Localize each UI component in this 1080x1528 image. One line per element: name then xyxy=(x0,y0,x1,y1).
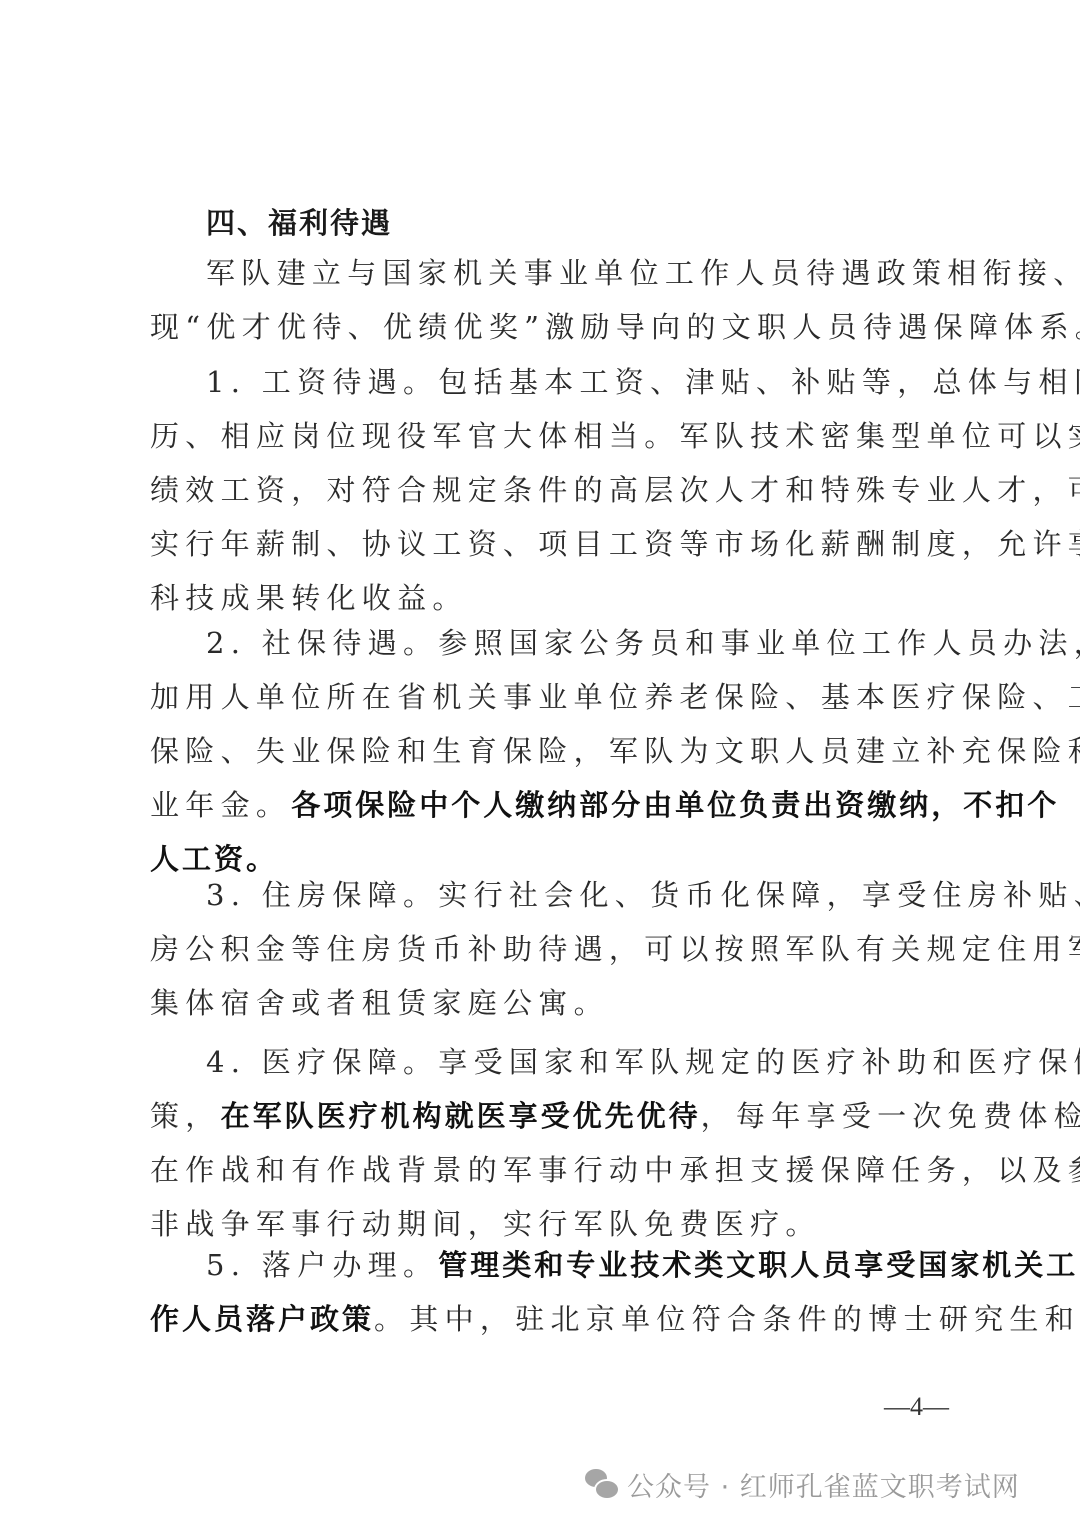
body-text: 3. 住房保障。实行社会化、货币化保障，享受住房补贴、住 xyxy=(206,878,1080,912)
emphasized-text: 管理类和专业技术类文职人员享受国家机关工 xyxy=(438,1248,1078,1282)
body-text: 5. 落户办理。 xyxy=(206,1248,438,1282)
body-text: 保险、失业保险和生育保险，军队为文职人员建立补充保险和职 xyxy=(150,734,1080,768)
item-1-line-1: 1. 工资待遇。包括基本工资、津贴、补贴等，总体与相同资 xyxy=(150,355,1006,409)
body-text: 业年金。 xyxy=(150,788,291,822)
body-text: 。其中，驻北京单位符合条件的博士研究生和“双 xyxy=(374,1302,1080,1336)
body-text: 历、相应岗位现役军官大体相当。军队技术密集型单位可以实行 xyxy=(150,419,1080,453)
item-5-line-1: 5. 落户办理。管理类和专业技术类文职人员享受国家机关工 xyxy=(150,1238,1006,1292)
item-3-line-3: 集体宿舍或者租赁家庭公寓。 xyxy=(150,976,950,1030)
item-1-line-3: 绩效工资，对符合规定条件的高层次人才和特殊专业人才，可以 xyxy=(150,463,950,517)
item-2-line-4: 业年金。各项保险中个人缴纳部分由单位负责出资缴纳，不扣个 xyxy=(150,778,950,832)
body-text: 1. 工资待遇。包括基本工资、津贴、补贴等，总体与相同资 xyxy=(206,365,1080,399)
item-3-line-2: 房公积金等住房货币补助待遇，可以按照军队有关规定住用军队 xyxy=(150,922,950,976)
item-4-line-1: 4. 医疗保障。享受国家和军队规定的医疗补助和医疗保健政 xyxy=(150,1035,1006,1089)
body-text: 集体宿舍或者租赁家庭公寓。 xyxy=(150,986,609,1020)
intro-line-2: 现“优才优待、优绩优奖”激励导向的文职人员待遇保障体系。 xyxy=(150,300,950,354)
item-1-line-2: 历、相应岗位现役军官大体相当。军队技术密集型单位可以实行 xyxy=(150,409,950,463)
body-text: 绩效工资，对符合规定条件的高层次人才和特殊专业人才，可以 xyxy=(150,473,1080,507)
item-4-line-2: 策，在军队医疗机构就医享受优先优待，每年享受一次免费体检， xyxy=(150,1089,950,1143)
section-heading: 四、福利待遇 xyxy=(150,196,1006,250)
wechat-icon xyxy=(585,1467,619,1501)
item-1-line-4: 实行年薪制、协议工资、项目工资等市场化薪酬制度，允许享受 xyxy=(150,517,950,571)
emphasized-text: 各项保险中个人缴纳部分由单位负责出资缴纳，不扣个 xyxy=(291,788,1059,822)
body-text: 房公积金等住房货币补助待遇，可以按照军队有关规定住用军队 xyxy=(150,932,1080,966)
watermark: 公众号 · 红师孔雀蓝文职考试网 xyxy=(585,1464,1020,1504)
body-text: 策， xyxy=(150,1099,221,1133)
emphasized-text: 在军队医疗机构就医享受优先优待 xyxy=(221,1099,701,1133)
intro-line-1: 军队建立与国家机关事业单位工作人员待遇政策相衔接、体 xyxy=(150,246,1006,300)
body-text: 加用人单位所在省机关事业单位养老保险、基本医疗保险、工伤 xyxy=(150,680,1080,714)
item-4-line-3: 在作战和有作战背景的军事行动中承担支援保障任务，以及参加 xyxy=(150,1143,950,1197)
body-text: 非战争军事行动期间，实行军队免费医疗。 xyxy=(150,1207,821,1241)
body-text: 2. 社保待遇。参照国家公务员和事业单位工作人员办法，参 xyxy=(206,626,1080,660)
item-2-line-3: 保险、失业保险和生育保险，军队为文职人员建立补充保险和职 xyxy=(150,724,950,778)
item-5-line-2: 作人员落户政策。其中，驻北京单位符合条件的博士研究生和“双 xyxy=(150,1292,950,1346)
page-number: —4— xyxy=(884,1392,949,1422)
body-text: ，每年享受一次免费体检， xyxy=(701,1099,1080,1133)
body-text: 4. 医疗保障。享受国家和军队规定的医疗补助和医疗保健政 xyxy=(206,1045,1080,1079)
body-text: 科技成果转化收益。 xyxy=(150,581,468,615)
item-2-line-2: 加用人单位所在省机关事业单位养老保险、基本医疗保险、工伤 xyxy=(150,670,950,724)
body-text: 实行年薪制、协议工资、项目工资等市场化薪酬制度，允许享受 xyxy=(150,527,1080,561)
item-2-line-1: 2. 社保待遇。参照国家公务员和事业单位工作人员办法，参 xyxy=(150,616,1006,670)
body-text: 在作战和有作战背景的军事行动中承担支援保障任务，以及参加 xyxy=(150,1153,1080,1187)
watermark-text: 公众号 · 红师孔雀蓝文职考试网 xyxy=(627,1465,1020,1504)
emphasized-text: 作人员落户政策 xyxy=(150,1302,374,1336)
item-3-line-1: 3. 住房保障。实行社会化、货币化保障，享受住房补贴、住 xyxy=(150,868,1006,922)
